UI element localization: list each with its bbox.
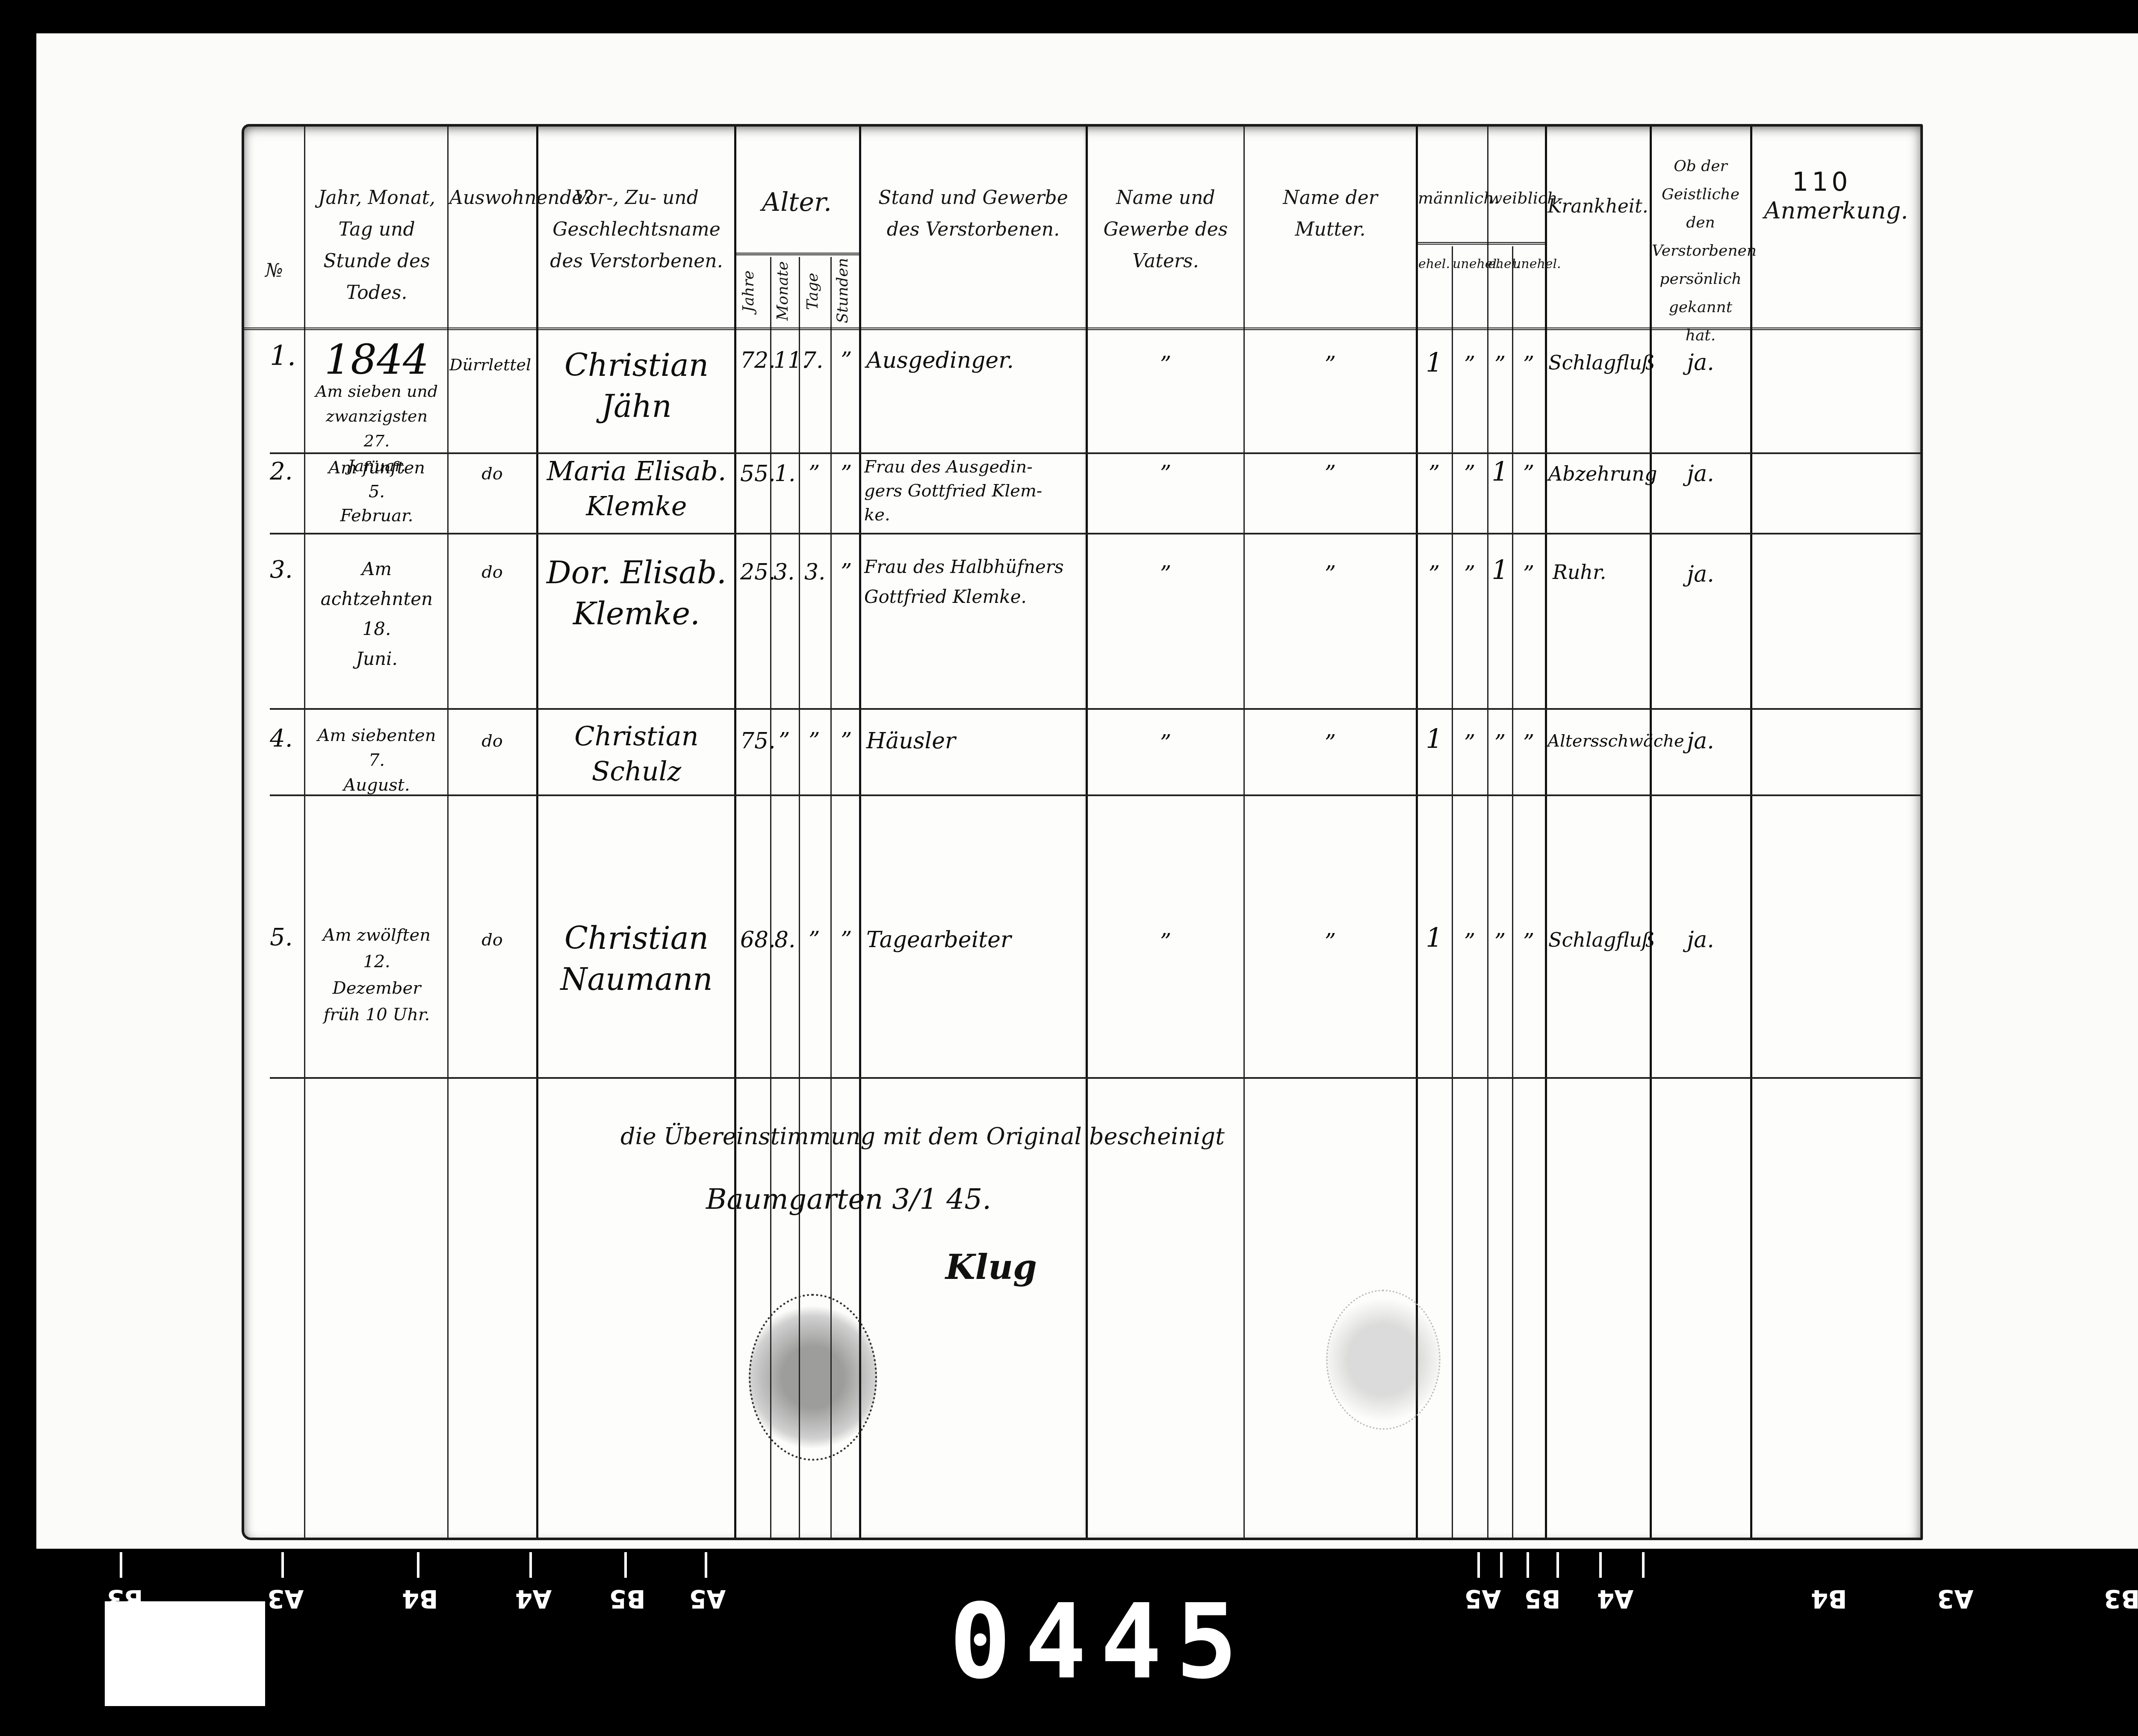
- header-age-hours: Stunden: [834, 259, 851, 323]
- row4-female-legit: ”: [1488, 727, 1512, 759]
- row4-name: Christian Schulz: [539, 719, 734, 789]
- row5-date: Am zwölften 12. Dezember früh 10 Uhr.: [306, 922, 447, 1028]
- film-mark: B3: [2104, 1584, 2138, 1613]
- header-male-illegit: unehel.: [1453, 255, 1487, 274]
- row4-age-months: ”: [779, 725, 790, 757]
- row1-name: Christian Jähn: [539, 345, 734, 427]
- film-mark: A3: [267, 1584, 304, 1613]
- film-tick: [1642, 1552, 1645, 1578]
- row1-occupation: Ausgedinger.: [866, 345, 1014, 376]
- col-divider: [1243, 127, 1245, 1538]
- row5-female-illegit: ”: [1513, 926, 1544, 958]
- page-fold: [1083, 124, 1089, 1535]
- col-divider: [1512, 246, 1513, 1538]
- row3-male-legit: ”: [1417, 558, 1452, 590]
- faint-seal-imprint: [1326, 1290, 1441, 1430]
- col-divider: [536, 127, 538, 1538]
- row2-father: ”: [1089, 458, 1243, 490]
- header-name: Vor-, Zu- und Geschlechtsname des Versto…: [539, 182, 734, 277]
- col-divider: [304, 127, 305, 1538]
- row1-year: 1844: [306, 336, 447, 383]
- row5-age-months: 8.: [774, 924, 796, 956]
- row3-no: 3.: [270, 554, 292, 586]
- row5-father: ”: [1089, 926, 1243, 958]
- row5-known: ja.: [1652, 924, 1749, 956]
- film-mark: B5: [1524, 1584, 1561, 1613]
- register-table: № Jahr, Monat, Tag und Stunde des Todes.…: [242, 124, 1923, 1540]
- row1-female-illegit: ”: [1513, 349, 1544, 381]
- film-tick: [417, 1552, 419, 1578]
- row5-mother: ”: [1247, 926, 1414, 958]
- sex-subheader-line: [1416, 242, 1545, 247]
- row4-male-legit: 1: [1417, 723, 1452, 755]
- header-female: weiblich.: [1488, 182, 1544, 214]
- row3-father: ”: [1089, 558, 1243, 590]
- row2-female-illegit: ”: [1513, 458, 1544, 490]
- page-number: 110: [1792, 167, 1852, 197]
- header-female-legit: ehel.: [1488, 255, 1512, 274]
- row1-illness: Schlagfluß: [1548, 347, 1655, 378]
- film-tick: [120, 1552, 122, 1578]
- row2-age-months: 1.: [774, 458, 796, 490]
- age-subheader-line: [734, 253, 859, 258]
- row3-name: Dor. Elisab. Klemke.: [539, 552, 734, 634]
- row3-male-illegit: ”: [1453, 558, 1487, 590]
- row5-no: 5.: [270, 922, 292, 954]
- row5-occupation: Tagearbeiter: [866, 924, 1011, 956]
- header-male-legit: ehel.: [1417, 255, 1452, 274]
- row2-date: Am fünften 5. Februar.: [306, 456, 447, 528]
- row2-name: Maria Elisab. Klemke: [539, 454, 734, 524]
- header-no: №: [244, 255, 304, 286]
- signature: Klug: [945, 1247, 1037, 1287]
- row1-known: ja.: [1652, 347, 1749, 378]
- row5-age-days: ”: [809, 924, 820, 956]
- row4-age-days: ”: [809, 725, 820, 757]
- col-divider: [1750, 127, 1752, 1538]
- official-seal-stamp: [749, 1294, 877, 1461]
- row2-age-hours: ”: [841, 458, 852, 490]
- row1-female-legit: ”: [1488, 349, 1512, 381]
- film-mark: B4: [402, 1584, 438, 1613]
- header-mother: Name der Mutter.: [1247, 182, 1414, 245]
- row2-no: 2.: [270, 456, 292, 487]
- row5-male-illegit: ”: [1453, 926, 1487, 958]
- header-occupation: Stand und Gewerbe des Verstorbenen.: [862, 182, 1084, 245]
- row-separator: [270, 794, 1920, 796]
- row-separator: [270, 533, 1920, 534]
- row1-age-years: 72.: [740, 345, 776, 376]
- film-label-box: [105, 1601, 265, 1706]
- row2-occupation: Frau des Ausgedin- gers Gottfried Klem- …: [864, 455, 1042, 527]
- row4-male-illegit: ”: [1453, 727, 1487, 759]
- row4-mother: ”: [1247, 727, 1414, 759]
- film-tick: [281, 1552, 284, 1578]
- row1-male-illegit: ”: [1453, 349, 1487, 381]
- header-date: Jahr, Monat, Tag und Stunde des Todes.: [306, 182, 447, 309]
- row2-age-years: 55.: [740, 458, 776, 490]
- film-mark: B3: [107, 1584, 143, 1613]
- film-mark: A3: [1937, 1584, 1973, 1613]
- row1-male-legit: 1: [1417, 347, 1452, 378]
- col-divider: [1545, 127, 1547, 1538]
- row5-residence: do: [449, 924, 535, 956]
- row4-age-hours: ”: [841, 725, 852, 757]
- film-tick: [529, 1552, 532, 1578]
- col-divider: [1452, 246, 1453, 1538]
- header-female-illegit: unehel.: [1513, 255, 1544, 274]
- row1-age-days: 7.: [802, 345, 824, 376]
- row5-female-legit: ”: [1488, 926, 1512, 958]
- row1-residence: Dürrlettel: [449, 349, 531, 381]
- row5-age-years: 68.: [740, 924, 776, 956]
- row5-male-legit: 1: [1417, 922, 1452, 954]
- row4-age-years: 75.: [740, 725, 776, 757]
- row1-father: ”: [1089, 349, 1243, 381]
- row2-known: ja.: [1652, 458, 1749, 490]
- row3-mother: ”: [1247, 558, 1414, 590]
- film-tick: [1556, 1552, 1559, 1578]
- row2-male-legit: ”: [1417, 458, 1452, 490]
- row4-date: Am siebenten 7. August.: [306, 723, 447, 797]
- col-divider: [734, 127, 736, 1538]
- row4-occupation: Häusler: [866, 725, 956, 757]
- header-age-years: Jahre: [740, 259, 757, 323]
- row3-date: Am achtzehnten 18. Juni.: [306, 554, 447, 674]
- film-mark: A4: [1597, 1584, 1633, 1613]
- row2-age-days: ”: [809, 458, 820, 490]
- row4-father: ”: [1089, 727, 1243, 759]
- frame-number: 0445: [949, 1582, 1251, 1702]
- film-mark: B5: [609, 1584, 646, 1613]
- row3-age-days: 3.: [804, 556, 826, 588]
- row1-mother: ”: [1247, 349, 1414, 381]
- row2-mother: ”: [1247, 458, 1414, 490]
- row-separator: [270, 708, 1920, 710]
- header-residence: Auswohnende?: [449, 182, 535, 214]
- row3-age-hours: ”: [841, 556, 852, 588]
- header-age-days: Tage: [804, 259, 821, 323]
- row4-no: 4.: [270, 723, 292, 755]
- header-male: männlich.: [1418, 182, 1486, 214]
- row5-age-hours: ”: [841, 924, 852, 956]
- row4-female-illegit: ”: [1513, 727, 1544, 759]
- row5-name: Christian Naumann: [539, 918, 734, 1000]
- film-tick: [1477, 1552, 1480, 1578]
- film-mark: A4: [515, 1584, 552, 1613]
- row5-illness: Schlagfluß: [1548, 924, 1655, 956]
- row4-residence: do: [449, 725, 535, 757]
- header-known: Ob der Geistliche den Verstorbenen persö…: [1652, 152, 1749, 350]
- row2-male-illegit: ”: [1453, 458, 1487, 490]
- film-tick: [624, 1552, 627, 1578]
- film-mark: A5: [689, 1584, 726, 1613]
- certification-place-date: Baumgarten 3/1 45.: [706, 1183, 991, 1216]
- film-mark: B4: [1811, 1584, 1847, 1613]
- row3-age-months: 3.: [774, 556, 795, 588]
- row2-female-legit: 1: [1488, 456, 1512, 487]
- film-tick: [1500, 1552, 1503, 1578]
- row3-female-legit: 1: [1488, 554, 1512, 586]
- row3-residence: do: [449, 556, 535, 588]
- row1-age-hours: ”: [841, 345, 852, 376]
- row2-illness: Abzehrung: [1548, 458, 1657, 490]
- row3-age-years: 25.: [740, 556, 776, 588]
- row3-known: ja.: [1652, 558, 1749, 590]
- film-mark: A5: [1465, 1584, 1501, 1613]
- row3-illness: Ruhr.: [1553, 556, 1606, 588]
- row3-female-illegit: ”: [1513, 558, 1544, 590]
- row4-known: ja.: [1652, 725, 1749, 757]
- header-age-months: Monate: [774, 259, 791, 323]
- row-separator: [270, 1077, 1920, 1079]
- row1-no: 1.: [270, 340, 296, 372]
- row3-occupation: Frau des Halbhüfners Gottfried Klemke.: [864, 552, 1063, 612]
- row-separator: [270, 452, 1920, 454]
- header-age: Alter.: [736, 186, 858, 218]
- row2-residence: do: [449, 458, 535, 490]
- header-illness: Krankheit.: [1547, 191, 1649, 222]
- header-father: Name und Gewerbe des Vaters.: [1089, 182, 1243, 277]
- certification-text: die Übereinstimmung mit dem Original bes…: [620, 1123, 1225, 1150]
- header-remarks: Anmerkung.: [1753, 195, 1919, 227]
- col-divider: [447, 127, 449, 1538]
- film-tick: [1527, 1552, 1529, 1578]
- film-tick: [1599, 1552, 1602, 1578]
- film-tick: [705, 1552, 707, 1578]
- col-divider: [1487, 127, 1488, 1538]
